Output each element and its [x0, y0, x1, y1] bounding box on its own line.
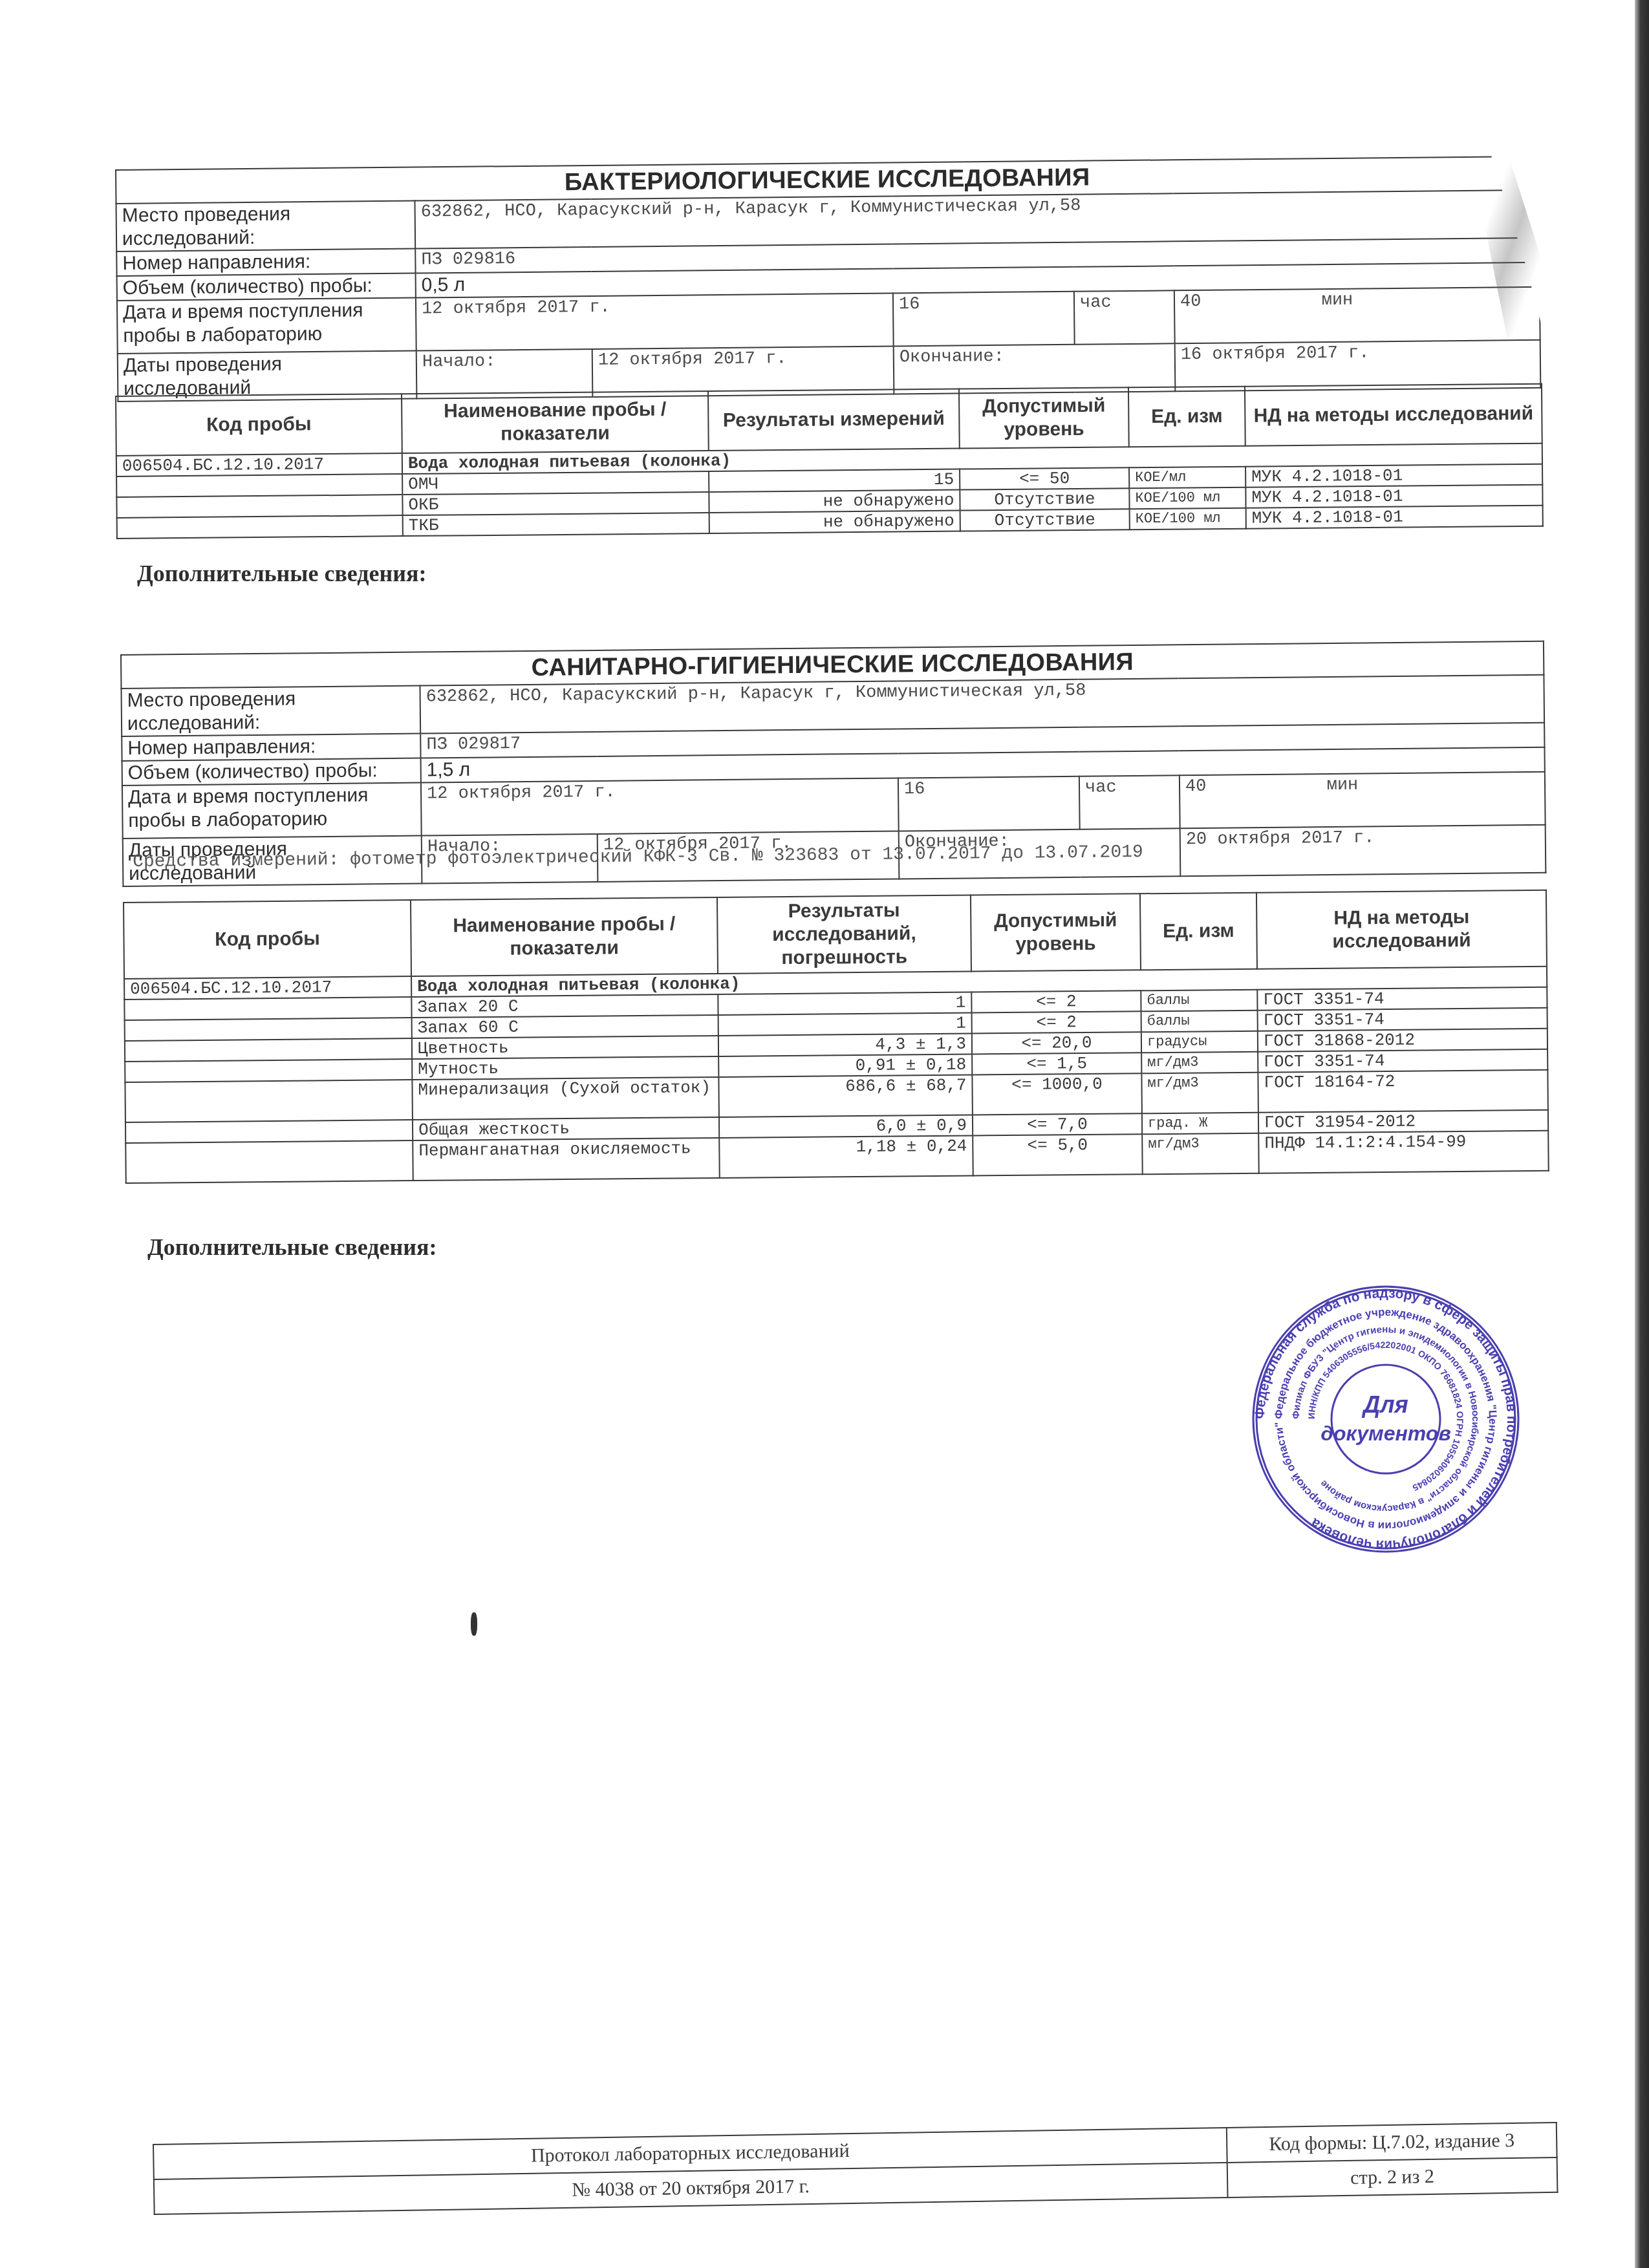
method-cell: ГОСТ 3351-74 — [1257, 987, 1547, 1011]
organization-stamp: Федеральная служба по надзору в сфере за… — [1247, 1280, 1525, 1558]
min-unit: мин — [1327, 776, 1359, 795]
received-min-and-unit: 40 мин — [1174, 287, 1540, 343]
method-cell: МУК 4.2.1018-01 — [1246, 506, 1543, 529]
result-cell: 1 — [718, 1013, 972, 1036]
header-code: Код пробы — [116, 394, 402, 456]
header-unit: Ед. изм — [1140, 893, 1257, 970]
direction-label: Номер направления: — [116, 249, 415, 276]
result-cell: не обнаружено — [709, 490, 960, 513]
page-number: стр. 2 из 2 — [1227, 2157, 1558, 2198]
code-cell — [125, 1140, 413, 1183]
additional-info-label: Дополнительные сведения: — [137, 560, 427, 587]
limit-cell: <= 20,0 — [972, 1032, 1141, 1054]
code-cell — [125, 1080, 413, 1122]
indicator-cell: ТКБ — [403, 513, 709, 536]
bacteriological-results-table: Код пробы Наименование пробы / показател… — [115, 383, 1544, 539]
stamp-center-line2: документов — [1320, 1422, 1450, 1445]
stamp-inner-text: Филиал ФБУЗ "Центр гигиены и эпидемиолог… — [1291, 1324, 1481, 1514]
indicator-cell: Цветность — [412, 1036, 718, 1059]
indicator-cell: Перманганатная окисляемость — [413, 1138, 720, 1181]
header-method: НД на методы исследований — [1245, 384, 1542, 446]
scan-edge — [1635, 0, 1649, 2268]
unit-cell: КОЕ/мл — [1129, 467, 1245, 489]
indicator-cell: Минерализация (Сухой остаток) — [412, 1077, 719, 1120]
unit-cell: баллы — [1141, 1011, 1258, 1032]
received-date: 12 октября 2017 г. — [421, 778, 899, 835]
code-cell — [116, 495, 402, 518]
header-result: Результаты исследований, погрешность — [717, 895, 971, 974]
code-cell — [125, 1059, 412, 1082]
result-cell: 686,6 ± 68,7 — [718, 1075, 973, 1117]
received-label: Дата и время поступления пробы в лаборат… — [122, 783, 422, 839]
footer-table: Протокол лабораторных исследований Код ф… — [153, 2122, 1558, 2215]
bacteriological-info-table: БАКТЕРИОЛОГИЧЕСКИЕ ИССЛЕДОВАНИЯ Место пр… — [115, 156, 1541, 402]
header-code: Код пробы — [124, 900, 411, 979]
bacteriological-results: Код пробы Наименование пробы / показател… — [115, 383, 1539, 539]
header-name: Наименование пробы / показатели — [402, 391, 709, 453]
indicator-cell: Запах 20 С — [411, 994, 718, 1018]
received-hour: 16 — [893, 292, 1075, 347]
indicator-cell: Запах 60 С — [412, 1015, 718, 1038]
received-min: 40 — [1180, 292, 1202, 312]
limit-cell: <= 1,5 — [972, 1053, 1141, 1075]
result-cell: 1 — [718, 992, 971, 1015]
header-method: НД на методы исследований — [1256, 890, 1547, 969]
results-header-row: Код пробы Наименование пробы / показател… — [124, 890, 1547, 979]
method-cell: ГОСТ 31868-2012 — [1258, 1029, 1547, 1052]
header-limit: Допустимый уровень — [971, 893, 1141, 971]
indicator-cell: Общая жесткость — [413, 1117, 719, 1140]
svg-text:Филиал ФБУЗ "Центр гигиены и э: Филиал ФБУЗ "Центр гигиены и эпидемиолог… — [1291, 1324, 1481, 1514]
unit-cell: мг/дм3 — [1142, 1133, 1259, 1175]
limit-cell: <= 7,0 — [973, 1113, 1142, 1135]
additional-info-label: Дополнительные сведения: — [147, 1234, 437, 1261]
method-cell: ГОСТ 3351-74 — [1258, 1008, 1547, 1031]
result-cell: 1,18 ± 0,24 — [719, 1136, 973, 1178]
indicator-cell: Мутность — [412, 1056, 718, 1080]
result-cell: 6,0 ± 0,9 — [719, 1115, 973, 1138]
limit-cell: <= 2 — [971, 990, 1141, 1012]
unit-cell: баллы — [1141, 990, 1257, 1012]
volume-label: Объем (количество) пробы: — [117, 273, 416, 301]
form-code: Код формы: Ц.7.02, издание 3 — [1227, 2123, 1557, 2163]
place-label: Место проведения исследований: — [116, 201, 416, 251]
scan-mark — [471, 1612, 477, 1636]
end-date: 20 октября 2017 г. — [1180, 825, 1546, 876]
unit-cell: КОЕ/100 мл — [1130, 508, 1246, 530]
result-cell: 0,91 ± 0,18 — [718, 1054, 972, 1077]
limit-cell: <= 1000,0 — [972, 1073, 1142, 1115]
unit-cell: КОЕ/100 мл — [1129, 487, 1245, 509]
method-cell: МУК 4.2.1018-01 — [1245, 464, 1542, 487]
bacteriological-section: БАКТЕРИОЛОГИЧЕСКИЕ ИССЛЕДОВАНИЯ Место пр… — [115, 156, 1540, 402]
limit-cell: Отсутствие — [960, 509, 1130, 531]
direction-label: Номер направления: — [122, 734, 420, 761]
unit-cell: град. Ж — [1142, 1113, 1258, 1135]
hour-unit: час — [1079, 775, 1180, 829]
limit-cell: <= 5,0 — [973, 1134, 1143, 1175]
volume-label: Объем (количество) пробы: — [122, 758, 421, 786]
min-unit: мин — [1322, 291, 1353, 310]
document-page: БАКТЕРИОЛОГИЧЕСКИЕ ИССЛЕДОВАНИЯ Место пр… — [0, 0, 1649, 2268]
stamp-center-line1: Для — [1361, 1391, 1408, 1418]
unit-cell: градусы — [1141, 1031, 1258, 1053]
received-label: Дата и время поступления пробы в лаборат… — [117, 298, 416, 354]
header-result: Результаты измерений — [708, 389, 960, 451]
sanitary-results-table: Код пробы Наименование пробы / показател… — [123, 890, 1549, 1184]
code-cell — [125, 1038, 412, 1062]
sample-code: 006504.БС.12.10.2017 — [116, 453, 402, 476]
place-label: Место проведения исследований: — [122, 686, 421, 736]
limit-cell: <= 2 — [972, 1011, 1141, 1033]
unit-cell: мг/дм3 — [1141, 1073, 1258, 1114]
code-cell — [125, 1018, 412, 1041]
code-cell — [125, 1120, 413, 1143]
code-cell — [124, 997, 411, 1020]
method-cell: ГОСТ 3351-74 — [1258, 1049, 1547, 1073]
sanitary-results: Код пробы Наименование пробы / показател… — [123, 890, 1548, 1184]
method-cell: ГОСТ 31954-2012 — [1258, 1110, 1548, 1133]
method-cell: ГОСТ 18164-72 — [1258, 1070, 1548, 1113]
result-cell: не обнаружено — [709, 511, 960, 533]
indicator-cell: ОКБ — [402, 492, 709, 515]
results-body: Запах 20 С1<= 2баллыГОСТ 3351-74Запах 60… — [124, 987, 1548, 1183]
footer: Протокол лабораторных исследований Код ф… — [153, 2122, 1557, 2215]
result-cell: 15 — [709, 469, 960, 492]
method-cell: МУК 4.2.1018-01 — [1245, 485, 1542, 508]
header-unit: Ед. изм — [1128, 387, 1245, 447]
code-cell — [117, 515, 403, 539]
results-body: ОМЧ15<= 50КОЕ/млМУК 4.2.1018-01ОКБне обн… — [116, 464, 1543, 539]
unit-cell: мг/дм3 — [1141, 1052, 1258, 1074]
method-cell: ПНДФ 14.1:2:4.154-99 — [1258, 1131, 1549, 1173]
code-cell — [116, 474, 402, 497]
received-min: 40 — [1185, 777, 1207, 797]
received-hour: 16 — [898, 776, 1080, 831]
result-cell: 4,3 ± 1,3 — [718, 1034, 972, 1056]
limit-cell: Отсутствие — [960, 488, 1129, 510]
limit-cell: <= 50 — [960, 467, 1129, 489]
header-limit: Допустимый уровень — [959, 387, 1129, 448]
hour-unit: час — [1074, 290, 1175, 344]
received-min-and-unit: 40 мин — [1180, 772, 1546, 828]
received-date: 12 октября 2017 г. — [416, 293, 894, 350]
indicator-cell: ОМЧ — [402, 471, 709, 495]
header-name: Наименование пробы / показатели — [411, 897, 718, 976]
sample-code: 006504.БС.12.10.2017 — [124, 976, 411, 1000]
